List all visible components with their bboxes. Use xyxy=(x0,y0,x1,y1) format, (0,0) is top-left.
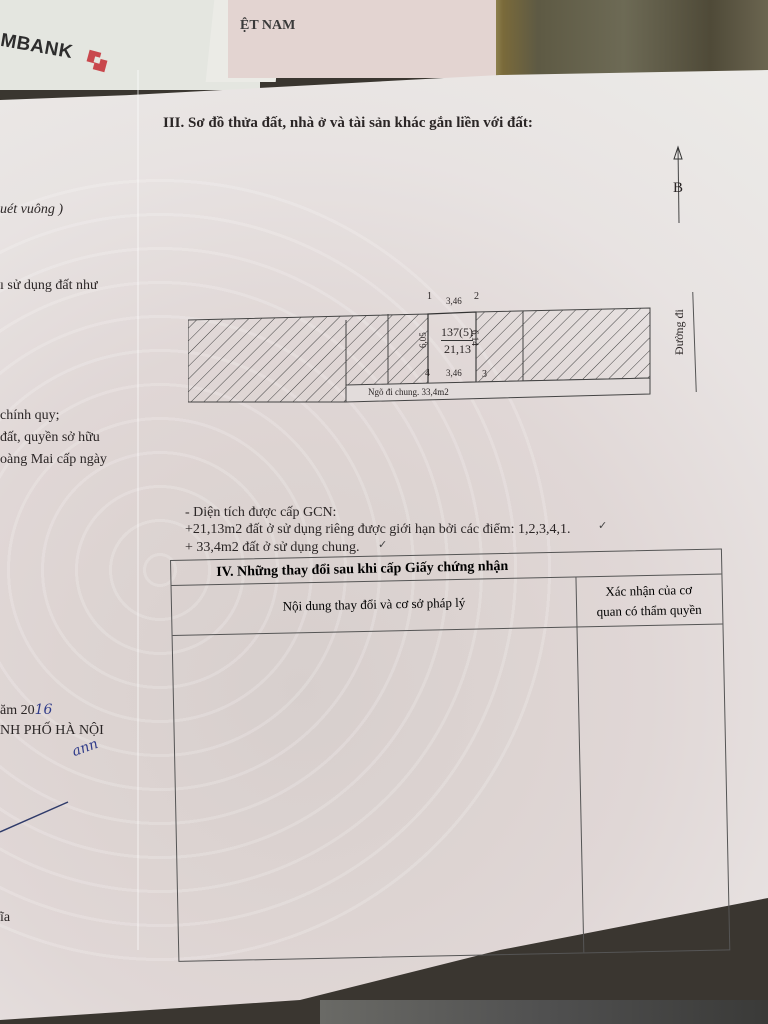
col-confirm-line2: quan có thẩm quyền xyxy=(576,599,722,622)
area-line-shared: + 33,4m2 đất ở sử dụng chung. xyxy=(185,540,360,556)
plot-top-edge: 3,46 xyxy=(446,296,462,306)
parcel-number: 137(5) xyxy=(441,325,473,341)
col-confirm-header: Xác nhận của cơ quan có thẩm quyền xyxy=(576,579,723,622)
certificate-cover xyxy=(228,0,496,78)
date-prefix: ăm 20 xyxy=(0,703,35,718)
check-mark: ✓ xyxy=(598,519,607,532)
plot-point-2: 2 xyxy=(474,291,479,302)
parcel-area: 21,13 xyxy=(444,342,471,357)
left-fragment-8: ĩa xyxy=(0,910,10,926)
plot-point-4: 4 xyxy=(425,368,430,379)
col-content-header: Nội dung thay đổi và cơ sở pháp lý xyxy=(172,593,576,617)
section-iv-title: IV. Những thay đổi sau khi cấp Giấy chứn… xyxy=(216,559,508,581)
shared-alley-label: Ngõ đi chung. 33,4m2 xyxy=(368,387,449,397)
left-fragment-4: đất, quyền sở hữu xyxy=(0,430,100,446)
background-surface-bottom xyxy=(320,1000,768,1024)
plot-bottom-edge: 3,46 xyxy=(446,368,462,378)
certificate-header: ỆT NAM xyxy=(240,18,295,34)
table-column-headers: Nội dung thay đổi và cơ sở pháp lý Xác n… xyxy=(172,573,723,636)
check-mark: ✓ xyxy=(378,538,387,551)
signature-stroke xyxy=(0,800,70,840)
changes-table: IV. Những thay đổi sau khi cấp Giấy chứn… xyxy=(170,548,730,961)
column-divider xyxy=(575,576,584,952)
left-fragment-5: oàng Mai cấp ngày xyxy=(0,452,107,468)
plot-point-1: 1 xyxy=(427,291,432,302)
plot-left-edge: 6,05 xyxy=(418,332,428,348)
background-surface xyxy=(480,0,768,80)
area-heading: - Diện tích được cấp GCN: xyxy=(185,505,336,521)
plot-point-3: 3 xyxy=(482,369,487,380)
north-letter: B xyxy=(673,180,683,197)
left-fragment-3: chính quy; xyxy=(0,408,60,424)
section-iii-title: III. Sơ đồ thửa đất, nhà ở và tài sản kh… xyxy=(163,115,533,132)
left-fragment-city: NH PHỐ HÀ NỘI xyxy=(0,723,104,739)
date-handwritten: 16 xyxy=(35,702,53,718)
left-fragment-2: ı sử dụng đất như xyxy=(0,278,98,294)
road-label: Đường đi xyxy=(672,309,687,355)
area-line-private: +21,13m2 đất ở sử dụng riêng được giới h… xyxy=(185,522,571,538)
left-fragment-date: ăm 2016 xyxy=(0,702,52,719)
left-fragment-1: uét vuông ) xyxy=(0,202,63,218)
page-fold xyxy=(137,70,139,950)
